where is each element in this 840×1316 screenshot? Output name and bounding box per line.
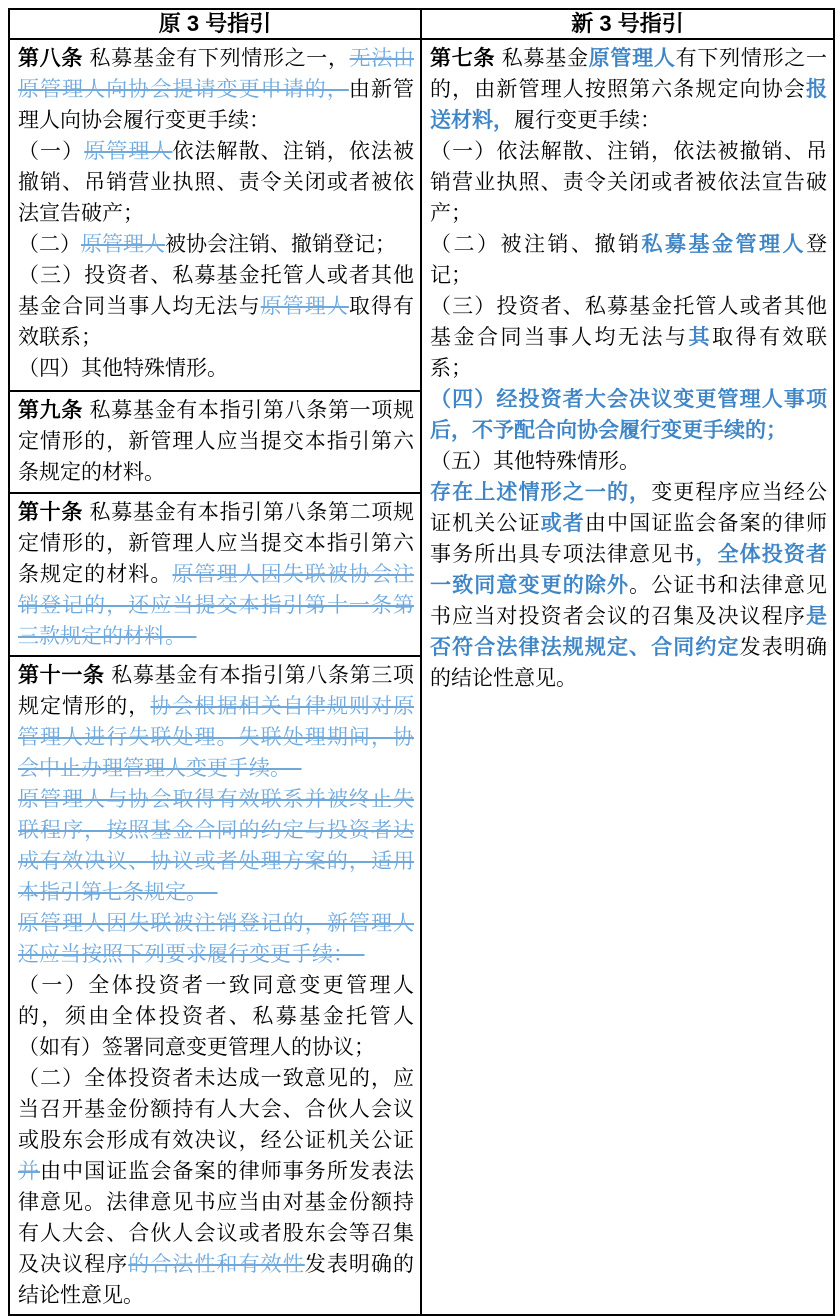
added-text: （四）经投资者大会决议变更管理人事项后，不予配合向协会履行变更手续的； xyxy=(430,388,827,442)
header-row: 原 3 号指引 新 3 号指引 xyxy=(9,9,834,39)
text-run: 私募基金有下列情形之一， xyxy=(90,47,350,70)
text-run: （一） xyxy=(18,140,84,163)
paragraph: （三）投资者、私募基金托管人或者其他基金合同当事人均无法与其取得有效联系； xyxy=(430,291,827,384)
header-new-guideline: 新 3 号指引 xyxy=(421,9,834,39)
article-number: 第八条 xyxy=(18,47,90,70)
paragraph: （二）原管理人被协会注销、撤销登记； xyxy=(18,229,414,260)
deleted-text: 原管理人与协会取得有效联系并被终止失联程序，按照基金合同的约定与投资者达成有效决… xyxy=(18,788,414,904)
article-number: 第七条 xyxy=(430,47,502,70)
article-number: 第十一条 xyxy=(18,664,111,687)
text-run: （二）被注销、撤销 xyxy=(430,233,642,256)
old-guideline-cell-2: 第九条 私募基金有本指引第八条第一项规定情形的，新管理人应当提交本指引第六条规定… xyxy=(9,391,421,493)
paragraph: （五）其他特殊情形。 xyxy=(430,446,827,477)
deleted-text: 并 xyxy=(18,1160,40,1183)
added-text: 原管理人 xyxy=(589,47,676,70)
paragraph: （四）经投资者大会决议变更管理人事项后，不予配合向协会履行变更手续的； xyxy=(430,384,827,446)
text-run: （二） xyxy=(18,233,81,256)
paragraph: （一）依法解散、注销，依法被撤销、吊销营业执照、责令关闭或者被依法宣告破产； xyxy=(430,136,827,229)
deleted-text: 的合法性和有效性 xyxy=(128,1253,304,1276)
table-row: 第八条 私募基金有下列情形之一，无法由原管理人向协会提请变更申请的，由新管理人向… xyxy=(9,39,834,391)
new-guideline-cell: 第七条 私募基金原管理人有下列情形之一的，由新管理人按照第六条规定向协会报送材料… xyxy=(421,39,834,1315)
paragraph: 原管理人与协会取得有效联系并被终止失联程序，按照基金合同的约定与投资者达成有效决… xyxy=(18,784,414,908)
added-text: 或者 xyxy=(541,512,585,535)
article-number: 第九条 xyxy=(18,399,90,422)
deleted-text: 原管理人 xyxy=(84,140,172,163)
old-guideline-cell-3: 第十条 私募基金有本指引第八条第二项规定情形的，新管理人应当提交本指引第六条规定… xyxy=(9,493,421,656)
paragraph: 第八条 私募基金有下列情形之一，无法由原管理人向协会提请变更申请的，由新管理人向… xyxy=(18,43,414,136)
comparison-table: 原 3 号指引 新 3 号指引 第八条 私募基金有下列情形之一，无法由原管理人向… xyxy=(8,8,835,1316)
text-run: （四）其他特殊情形。 xyxy=(18,357,228,380)
paragraph: （一）全体投资者一致同意变更管理人的，须由全体投资者、私募基金托管人（如有）签署… xyxy=(18,970,414,1063)
deleted-text: 原管理人 xyxy=(81,233,165,256)
old-guideline-cell-4: 第十一条 私募基金有本指引第八条第三项规定情形的，协会根据相关自律规则对原管理人… xyxy=(9,656,421,1315)
paragraph: 存在上述情形之一的，变更程序应当经公证机关公证或者由中国证监会备案的律师事务所出… xyxy=(430,477,827,694)
added-text: 存在上述情形之一的， xyxy=(430,481,651,504)
article-number: 第十条 xyxy=(18,501,90,524)
paragraph: （二）全体投资者未达成一致意见的，应当召开基金份额持有人大会、合伙人会议或股东会… xyxy=(18,1063,414,1311)
paragraph: （三）投资者、私募基金托管人或者其他基金合同当事人均无法与原管理人取得有效联系； xyxy=(18,260,414,353)
paragraph: （一）原管理人依法解散、注销，依法被撤销、吊销营业执照、责令关闭或者被依法宣告破… xyxy=(18,136,414,229)
paragraph: 第十一条 私募基金有本指引第八条第三项规定情形的，协会根据相关自律规则对原管理人… xyxy=(18,660,414,784)
paragraph: 第十条 私募基金有本指引第八条第二项规定情形的，新管理人应当提交本指引第六条规定… xyxy=(18,497,414,652)
old-guideline-cell-1: 第八条 私募基金有下列情形之一，无法由原管理人向协会提请变更申请的，由新管理人向… xyxy=(9,39,421,391)
text-run: 履行变更手续： xyxy=(514,109,661,132)
added-text: 私募基金管理人 xyxy=(642,233,807,256)
text-run: （二）全体投资者未达成一致意见的，应当召开基金份额持有人大会、合伙人会议或股东会… xyxy=(18,1067,414,1152)
deleted-text: 原管理人因失联被注销登记的，新管理人还应当按照下列要求履行变更手续： xyxy=(18,912,414,966)
text-run: （五）其他特殊情形。 xyxy=(430,450,640,473)
text-run: （一）全体投资者一致同意变更管理人的，须由全体投资者、私募基金托管人（如有）签署… xyxy=(18,974,414,1059)
paragraph: 原管理人因失联被注销登记的，新管理人还应当按照下列要求履行变更手续： xyxy=(18,908,414,970)
added-text: 其 xyxy=(689,326,713,349)
table-body: 第八条 私募基金有下列情形之一，无法由原管理人向协会提请变更申请的，由新管理人向… xyxy=(9,39,834,1315)
paragraph: （四）其他特殊情形。 xyxy=(18,353,414,384)
document-page: 原 3 号指引 新 3 号指引 第八条 私募基金有下列情形之一，无法由原管理人向… xyxy=(8,8,835,1316)
text-run: （一）依法解散、注销，依法被撤销、吊销营业执照、责令关闭或者被依法宣告破产； xyxy=(430,140,827,225)
header-old-guideline: 原 3 号指引 xyxy=(9,9,421,39)
text-run: 被协会注销、撤销登记； xyxy=(165,233,396,256)
text-run: 私募基金 xyxy=(502,47,589,70)
paragraph: 第七条 私募基金原管理人有下列情形之一的，由新管理人按照第六条规定向协会报送材料… xyxy=(430,43,827,136)
deleted-text: 原管理人 xyxy=(261,295,349,318)
paragraph: 第九条 私募基金有本指引第八条第一项规定情形的，新管理人应当提交本指引第六条规定… xyxy=(18,395,414,488)
paragraph: （二）被注销、撤销私募基金管理人登记； xyxy=(430,229,827,291)
